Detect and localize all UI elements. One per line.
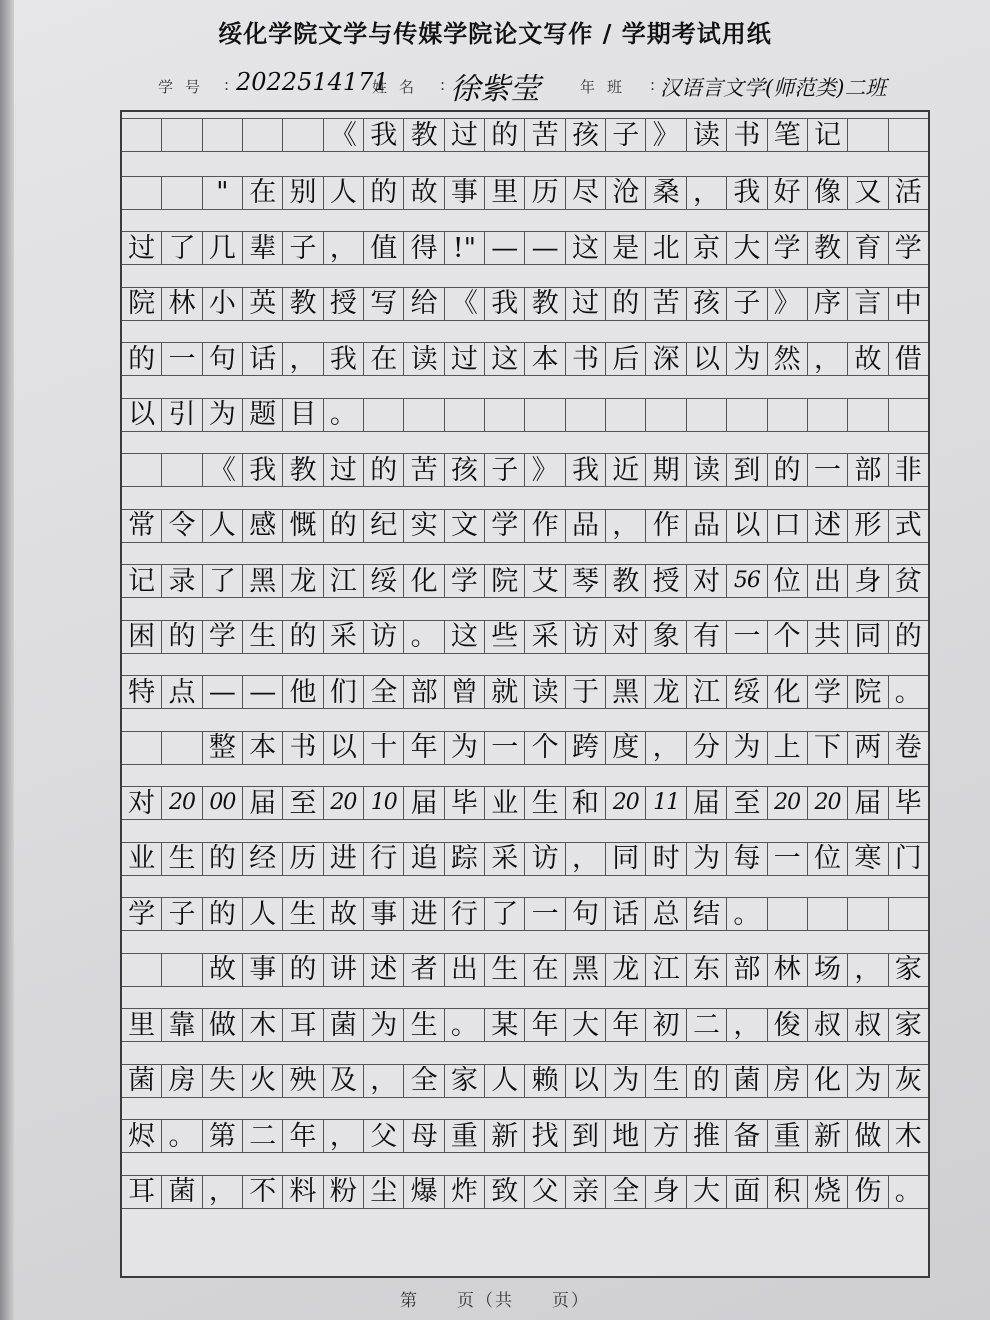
- grid-cell: 他: [283, 676, 323, 708]
- grid-cell: 耳: [283, 1009, 323, 1041]
- grid-cell: 。: [727, 898, 767, 930]
- grid-cell: 的: [768, 454, 808, 486]
- grid-cell: 出: [445, 954, 485, 986]
- grid-cell: 的: [889, 621, 928, 653]
- grid-cell: 常: [122, 510, 162, 542]
- grid-cell: 子: [162, 898, 202, 930]
- grid-cell: 过: [445, 343, 485, 375]
- grid-cell: 访: [364, 621, 404, 653]
- grid-cell: 历: [283, 843, 323, 875]
- grid-cell: 学: [808, 676, 848, 708]
- grid-cell: 大: [687, 1176, 727, 1208]
- grid-cell: 为: [364, 1009, 404, 1041]
- grid-cell: 者: [404, 954, 444, 986]
- grid-cell: 积: [768, 1176, 808, 1208]
- grid-cell: 贫: [889, 565, 928, 597]
- grid-cell: 重: [445, 1120, 485, 1152]
- grid-cell: 象: [646, 621, 686, 653]
- grid-cell: 化: [404, 565, 444, 597]
- grid-cell: 56: [727, 565, 767, 597]
- grid-cell: 20: [324, 787, 364, 819]
- grid-cell: 为: [606, 1065, 646, 1097]
- grid-cell: 届: [848, 787, 888, 819]
- grid-cell: 。: [162, 1120, 202, 1152]
- grid-cell: 子: [606, 119, 646, 151]
- colon: :: [224, 76, 229, 94]
- grid-row: 烬。第二年，父母重新找到地方推备重新做木: [122, 1119, 928, 1153]
- grid-cell: 每: [727, 843, 767, 875]
- grid-row: 整本书以十年为一个跨度，分为上下两卷: [122, 731, 928, 765]
- grid-row: 里靠做木耳菌为生。某年大年初二，俊叔叔家: [122, 1008, 928, 1042]
- grid-cell: 授: [646, 565, 686, 597]
- grid-cell: 中: [889, 288, 928, 320]
- grid-cell: 活: [889, 177, 928, 209]
- grid-cell: 引: [162, 399, 202, 431]
- grid-cell: 下: [808, 732, 848, 764]
- exam-paper-title: 绥化学院文学与传媒学院论文写作 / 学期考试用纸: [0, 14, 990, 49]
- grid-cell: 书: [727, 119, 767, 151]
- grid-cell: 亲: [566, 1176, 606, 1208]
- grid-cell: 一: [485, 732, 525, 764]
- grid-cell: 是: [606, 232, 646, 264]
- grid-cell: ，: [727, 1009, 767, 1041]
- grid-cell: 出: [808, 565, 848, 597]
- grid-cell: 生: [162, 843, 202, 875]
- grid-cell: 子: [727, 288, 767, 320]
- grid-cell: 届: [404, 787, 444, 819]
- grid-cell: 里: [122, 1009, 162, 1041]
- grid-cell: 耳: [122, 1176, 162, 1208]
- grid-cell: 故: [404, 177, 444, 209]
- grid-cell: 令: [162, 510, 202, 542]
- grid-cell: 11: [646, 787, 686, 819]
- grid-cell: 人: [243, 898, 283, 930]
- grid-row: 困的学生的采访。这些采访对象有一个共同的: [122, 620, 928, 654]
- grid-cell: 总: [646, 898, 686, 930]
- grid-row: "在别人的故事里历尽沧桑，我好像又活: [122, 176, 928, 210]
- grid-cell: ，: [364, 1065, 404, 1097]
- grid-cell: 记: [122, 565, 162, 597]
- grid-cell: 事: [364, 898, 404, 930]
- grid-cell: 菌: [122, 1065, 162, 1097]
- grid-cell: 在: [525, 954, 565, 986]
- grid-cell: 部: [848, 454, 888, 486]
- grid-cell: 绥: [364, 565, 404, 597]
- grid-cell: 不: [243, 1176, 283, 1208]
- grid-row: 常令人感慨的纪实文学作品，作品以口述形式: [122, 509, 928, 543]
- grid-cell: 二: [243, 1120, 283, 1152]
- page-number-footer: 第 页（共 页）: [0, 1286, 990, 1311]
- grid-cell: 大: [566, 1009, 606, 1041]
- grid-cell: 孩: [687, 288, 727, 320]
- grid-cell: 苦: [404, 454, 444, 486]
- grid-cell: 俊: [768, 1009, 808, 1041]
- grid-cell: 一: [768, 843, 808, 875]
- grid-cell: 访: [525, 843, 565, 875]
- grid-cell: 又: [848, 177, 888, 209]
- grid-cell: 位: [768, 565, 808, 597]
- grid-cell: 的: [122, 343, 162, 375]
- grid-cell: 感: [243, 510, 283, 542]
- grid-cell: 某: [485, 1009, 525, 1041]
- grid-cell: 些: [485, 621, 525, 653]
- grid-cell: 上: [768, 732, 808, 764]
- grid-cell: 访: [566, 621, 606, 653]
- grid-cell: 十: [364, 732, 404, 764]
- grid-cell: 录: [162, 565, 202, 597]
- grid-cell: 记: [808, 119, 848, 151]
- grid-row: 对2000届至2010届毕业生和2011届至2020届毕: [122, 786, 928, 820]
- grid-cell: 过: [122, 232, 162, 264]
- grid-cell: [404, 399, 444, 431]
- grid-cell: 作: [525, 510, 565, 542]
- grid-cell: 生: [404, 1009, 444, 1041]
- grid-row: 业生的经历进行追踪采访，同时为每一位寒门: [122, 842, 928, 876]
- grid-cell: 《: [445, 288, 485, 320]
- grid-cell: 北: [646, 232, 686, 264]
- grid-cell: 寒: [848, 843, 888, 875]
- grid-cell: 故: [203, 954, 243, 986]
- grid-cell: 辈: [243, 232, 283, 264]
- grid-cell: 我: [364, 119, 404, 151]
- name-value: 徐紫莹: [450, 64, 540, 108]
- grid-cell: 我: [485, 288, 525, 320]
- grid-cell: ，: [687, 177, 727, 209]
- grid-cell: 期: [646, 454, 686, 486]
- grid-cell: 沧: [606, 177, 646, 209]
- grid-cell: 做: [203, 1009, 243, 1041]
- grid-cell: 炸: [445, 1176, 485, 1208]
- grid-cell: 的: [364, 177, 404, 209]
- grid-cell: 了: [162, 232, 202, 264]
- grid-cell: 为: [727, 732, 767, 764]
- grid-cell: 我: [566, 454, 606, 486]
- grid-cell: 形: [848, 510, 888, 542]
- grid-cell: 教: [283, 288, 323, 320]
- grid-cell: 实: [404, 510, 444, 542]
- grid-cell: [889, 399, 928, 431]
- grid-cell: 在: [364, 343, 404, 375]
- grid-cell: 过: [324, 454, 364, 486]
- grid-cell: 品: [687, 510, 727, 542]
- grid-cell: 对: [687, 565, 727, 597]
- grid-cell: 对: [122, 787, 162, 819]
- grid-cell: 两: [848, 732, 888, 764]
- grid-row: 《我教过的苦孩子》读书笔记: [122, 118, 928, 152]
- grid-cell: 我: [324, 343, 364, 375]
- grid-row: 特点——他们全部曾就读于黑龙江绥化学院。: [122, 675, 928, 709]
- grid-cell: 新: [485, 1120, 525, 1152]
- grid-cell: 曾: [445, 676, 485, 708]
- grid-cell: 同: [848, 621, 888, 653]
- grid-cell: 地: [606, 1120, 646, 1152]
- grid-cell: 伤: [848, 1176, 888, 1208]
- grid-cell: 一: [727, 621, 767, 653]
- grid-cell: 林: [768, 954, 808, 986]
- grid-cell: 业: [485, 787, 525, 819]
- grid-cell: 句: [203, 343, 243, 375]
- grid-cell: 学: [122, 898, 162, 930]
- grid-cell: 00: [203, 787, 243, 819]
- grid-cell: 度: [606, 732, 646, 764]
- paper-edge-shadow: [0, 0, 14, 1320]
- grid-cell: 做: [848, 1120, 888, 1152]
- grid-cell: 家: [889, 954, 928, 986]
- grid-cell: 学: [889, 232, 928, 264]
- grid-cell: 目: [283, 399, 323, 431]
- grid-cell: 木: [243, 1009, 283, 1041]
- grid-cell: 故: [848, 343, 888, 375]
- grid-cell: —: [203, 676, 243, 708]
- grid-cell: 失: [203, 1065, 243, 1097]
- grid-cell: [566, 399, 606, 431]
- grid-cell: 灰: [889, 1065, 928, 1097]
- grid-cell: 。: [324, 399, 364, 431]
- grid-cell: 教: [808, 232, 848, 264]
- grid-cell: 书: [566, 343, 606, 375]
- grid-cell: 备: [727, 1120, 767, 1152]
- grid-cell: 靠: [162, 1009, 202, 1041]
- grid-cell: 了: [203, 565, 243, 597]
- grid-cell: 的: [283, 954, 323, 986]
- grid-cell: 全: [364, 676, 404, 708]
- grid-cell: [848, 399, 888, 431]
- grid-cell: 读: [525, 676, 565, 708]
- grid-cell: 林: [162, 288, 202, 320]
- grid-cell: 菌: [162, 1176, 202, 1208]
- grid-cell: 孩: [566, 119, 606, 151]
- grid-cell: 子: [283, 232, 323, 264]
- grid-cell: [364, 399, 404, 431]
- grid-cell: 的: [324, 510, 364, 542]
- grid-cell: 读: [404, 343, 444, 375]
- grid-cell: 20: [768, 787, 808, 819]
- grid-cell: 位: [808, 843, 848, 875]
- grid-cell: 话: [243, 343, 283, 375]
- grid-cell: 房: [162, 1065, 202, 1097]
- grid-cell: [808, 898, 848, 930]
- grid-cell: 10: [364, 787, 404, 819]
- grid-cell: 进: [324, 843, 364, 875]
- grid-row: 的一句话，我在读过这本书后深以为然，故借: [122, 342, 928, 376]
- grid-cell: [848, 119, 888, 151]
- grid-cell: 生: [646, 1065, 686, 1097]
- grid-cell: 部: [404, 676, 444, 708]
- grid-cell: 以: [687, 343, 727, 375]
- grid-cell: [162, 954, 202, 986]
- grid-cell: 龙: [283, 565, 323, 597]
- grid-cell: 以: [122, 399, 162, 431]
- grid-cell: 本: [243, 732, 283, 764]
- grid-cell: 身: [646, 1176, 686, 1208]
- grid-cell: 像: [808, 177, 848, 209]
- student-id-value: 2022514171: [236, 68, 389, 96]
- grid-cell: 方: [646, 1120, 686, 1152]
- grid-cell: 面: [727, 1176, 767, 1208]
- grid-cell: 结: [687, 898, 727, 930]
- grid-cell: 20: [162, 787, 202, 819]
- grid-cell: [162, 732, 202, 764]
- class-value: 汉语言文学(师范类)二班: [660, 72, 886, 102]
- grid-cell: 届: [687, 787, 727, 819]
- grid-cell: 爆: [404, 1176, 444, 1208]
- grid-cell: 在: [243, 177, 283, 209]
- grid-cell: 。: [889, 1176, 928, 1208]
- grid-cell: 料: [283, 1176, 323, 1208]
- grid-cell: 就: [485, 676, 525, 708]
- grid-cell: 以: [727, 510, 767, 542]
- grid-cell: 人: [324, 177, 364, 209]
- grid-cell: 于: [566, 676, 606, 708]
- grid-cell: 的: [203, 843, 243, 875]
- grid-cell: ，: [324, 232, 364, 264]
- grid-cell: 们: [324, 676, 364, 708]
- grid-cell: 江: [687, 676, 727, 708]
- grid-cell: [203, 119, 243, 151]
- grid-cell: [889, 119, 928, 151]
- grid-cell: 业: [122, 843, 162, 875]
- grid-cell: 了: [485, 898, 525, 930]
- grid-cell: 子: [485, 454, 525, 486]
- grid-cell: 个: [768, 621, 808, 653]
- grid-cell: 小: [203, 288, 243, 320]
- grid-cell: 深: [646, 343, 686, 375]
- grid-cell: [162, 119, 202, 151]
- grid-cell: 式: [889, 510, 928, 542]
- writing-grid: 《我教过的苦孩子》读书笔记"在别人的故事里历尽沧桑，我好像又活过了几辈子，值得!…: [120, 110, 930, 1278]
- grid-cell: 为: [848, 1065, 888, 1097]
- grid-cell: 品: [566, 510, 606, 542]
- grid-cell: 作: [646, 510, 686, 542]
- grid-row: 过了几辈子，值得!"——这是北京大学教育学: [122, 231, 928, 265]
- grid-cell: 行: [364, 843, 404, 875]
- grid-cell: 江: [646, 954, 686, 986]
- grid-cell: 孩: [445, 454, 485, 486]
- grid-cell: [162, 454, 202, 486]
- grid-cell: 年: [283, 1120, 323, 1152]
- grid-cell: 文: [445, 510, 485, 542]
- grid-cell: [122, 954, 162, 986]
- grid-cell: 重: [768, 1120, 808, 1152]
- grid-cell: 序: [808, 288, 848, 320]
- grid-cell: 叔: [808, 1009, 848, 1041]
- grid-cell: 苦: [646, 288, 686, 320]
- grid-cell: 到: [566, 1120, 606, 1152]
- grid-cell: [525, 399, 565, 431]
- grid-cell: 父: [525, 1176, 565, 1208]
- grid-cell: 生: [243, 621, 283, 653]
- grid-cell: 院: [485, 565, 525, 597]
- grid-cell: 教: [404, 119, 444, 151]
- grid-cell: 家: [445, 1065, 485, 1097]
- grid-cell: 生: [283, 898, 323, 930]
- student-id-label: 学号: [158, 76, 212, 97]
- grid-cell: 年: [404, 732, 444, 764]
- grid-cell: ": [203, 177, 243, 209]
- grid-cell: 推: [687, 1120, 727, 1152]
- grid-cell: 追: [404, 843, 444, 875]
- grid-cell: 龙: [606, 954, 646, 986]
- grid-cell: 致: [485, 1176, 525, 1208]
- grid-cell: 述: [364, 954, 404, 986]
- grid-cell: 》: [525, 454, 565, 486]
- grid-cell: 给: [404, 288, 444, 320]
- grid-cell: [445, 399, 485, 431]
- grid-cell: 届: [243, 787, 283, 819]
- grid-cell: 生: [525, 787, 565, 819]
- grid-row: 以引为题目。: [122, 398, 928, 432]
- grid-cell: 烧: [808, 1176, 848, 1208]
- grid-cell: [606, 399, 646, 431]
- grid-cell: 授: [324, 288, 364, 320]
- grid-cell: 菌: [324, 1009, 364, 1041]
- colon: :: [440, 76, 445, 94]
- grid-cell: 一: [162, 343, 202, 375]
- grid-cell: [162, 177, 202, 209]
- grid-cell: 述: [808, 510, 848, 542]
- grid-cell: 绥: [727, 676, 767, 708]
- grid-cell: 生: [485, 954, 525, 986]
- grid-cell: —: [525, 232, 565, 264]
- grid-cell: 这: [445, 621, 485, 653]
- grid-cell: 分: [687, 732, 727, 764]
- grid-cell: 化: [808, 1065, 848, 1097]
- colon: :: [650, 76, 655, 94]
- class-label: 年班: [580, 76, 634, 97]
- grid-cell: 学: [768, 232, 808, 264]
- grid-cell: [889, 898, 928, 930]
- grid-cell: 这: [485, 343, 525, 375]
- grid-cell: ，: [808, 343, 848, 375]
- grid-cell: 江: [324, 565, 364, 597]
- grid-cell: 后: [606, 343, 646, 375]
- grid-cell: 写: [364, 288, 404, 320]
- grid-cell: 到: [727, 454, 767, 486]
- grid-cell: 题: [243, 399, 283, 431]
- grid-cell: 教: [525, 288, 565, 320]
- grid-row: 故事的讲述者出生在黑龙江东部林场，家: [122, 953, 928, 987]
- grid-cell: [768, 898, 808, 930]
- grid-cell: 。: [404, 621, 444, 653]
- grid-cell: 粉: [324, 1176, 364, 1208]
- grid-cell: 教: [606, 565, 646, 597]
- grid-cell: 的: [606, 288, 646, 320]
- grid-cell: 事: [243, 954, 283, 986]
- grid-cell: 特: [122, 676, 162, 708]
- grid-cell: [646, 399, 686, 431]
- grid-cell: 值: [364, 232, 404, 264]
- grid-cell: ，: [848, 954, 888, 986]
- grid-cell: 我: [243, 454, 283, 486]
- grid-cell: [808, 399, 848, 431]
- grid-cell: 历: [525, 177, 565, 209]
- grid-cell: 二: [687, 1009, 727, 1041]
- grid-cell: [122, 177, 162, 209]
- grid-cell: 化: [768, 676, 808, 708]
- grid-cell: 尘: [364, 1176, 404, 1208]
- grid-cell: 过: [445, 119, 485, 151]
- grid-cell: 我: [727, 177, 767, 209]
- grid-cell: 为: [203, 399, 243, 431]
- grid-cell: 苦: [525, 119, 565, 151]
- grid-cell: 大: [727, 232, 767, 264]
- grid-cell: 场: [808, 954, 848, 986]
- grid-cell: 个: [525, 732, 565, 764]
- grid-cell: 以: [324, 732, 364, 764]
- grid-cell: [283, 119, 323, 151]
- grid-cell: 卷: [889, 732, 928, 764]
- grid-cell: 年: [525, 1009, 565, 1041]
